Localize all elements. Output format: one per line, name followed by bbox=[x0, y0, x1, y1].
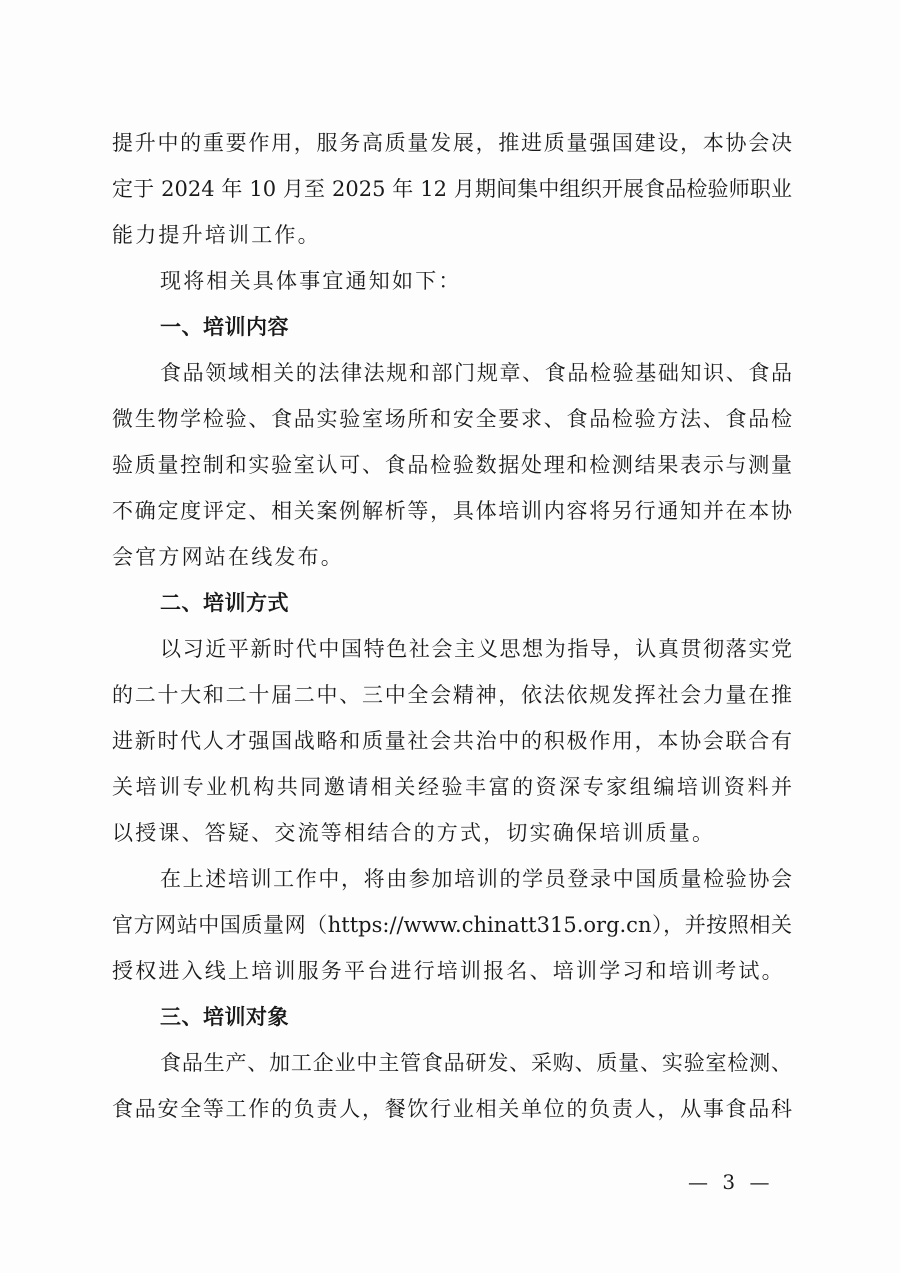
paragraph-line: 会官方网站在线发布。 bbox=[112, 534, 792, 580]
paragraph-line: 以授课、答疑、交流等相结合的方式，切实确保培训质量。 bbox=[112, 810, 792, 856]
paragraph-line: 能力提升培训工作。 bbox=[112, 212, 792, 258]
paragraph-line: 提升中的重要作用，服务高质量发展，推进质量强国建设，本协会决 bbox=[112, 120, 792, 166]
paragraph-line: 的二十大和二十届二中、三中全会精神，依法依规发挥社会力量在推 bbox=[112, 672, 792, 718]
document-body: 提升中的重要作用，服务高质量发展，推进质量强国建设，本协会决 定于 2024 年… bbox=[112, 120, 792, 1132]
paragraph-line: 在上述培训工作中，将由参加培训的学员登录中国质量检验协会 bbox=[112, 856, 792, 902]
paragraph-line: 现将相关具体事宜通知如下： bbox=[112, 258, 792, 304]
paragraph-line: 食品生产、加工企业中主管食品研发、采购、质量、实验室检测、 bbox=[112, 1040, 792, 1086]
section-heading-training-method: 二、培训方式 bbox=[112, 580, 792, 626]
paragraph-line: 以习近平新时代中国特色社会主义思想为指导，认真贯彻落实党 bbox=[112, 626, 792, 672]
section-heading-training-target: 三、培训对象 bbox=[112, 994, 792, 1040]
paragraph-line: 验质量控制和实验室认可、食品检验数据处理和检测结果表示与测量 bbox=[112, 442, 792, 488]
page-number: — 3 — bbox=[688, 1170, 773, 1194]
section-heading-training-content: 一、培训内容 bbox=[112, 304, 792, 350]
paragraph-line: 关培训专业机构共同邀请相关经验丰富的资深专家组编培训资料并 bbox=[112, 764, 792, 810]
paragraph-line: 微生物学检验、食品实验室场所和安全要求、食品检验方法、食品检 bbox=[112, 396, 792, 442]
paragraph-line: 授权进入线上培训服务平台进行培训报名、培训学习和培训考试。 bbox=[112, 948, 792, 994]
paragraph-line: 不确定度评定、相关案例解析等，具体培训内容将另行通知并在本协 bbox=[112, 488, 792, 534]
paragraph-line: 食品领域相关的法律法规和部门规章、食品检验基础知识、食品 bbox=[112, 350, 792, 396]
paragraph-line: 进新时代人才强国战略和质量社会共治中的积极作用，本协会联合有 bbox=[112, 718, 792, 764]
paragraph-line: 定于 2024 年 10 月至 2025 年 12 月期间集中组织开展食品检验师… bbox=[112, 166, 792, 212]
paragraph-line: 食品安全等工作的负责人，餐饮行业相关单位的负责人，从事食品科 bbox=[112, 1086, 792, 1132]
paragraph-line-with-url: 官方网站中国质量网（https://www.chinatt315.org.cn）… bbox=[112, 902, 792, 948]
